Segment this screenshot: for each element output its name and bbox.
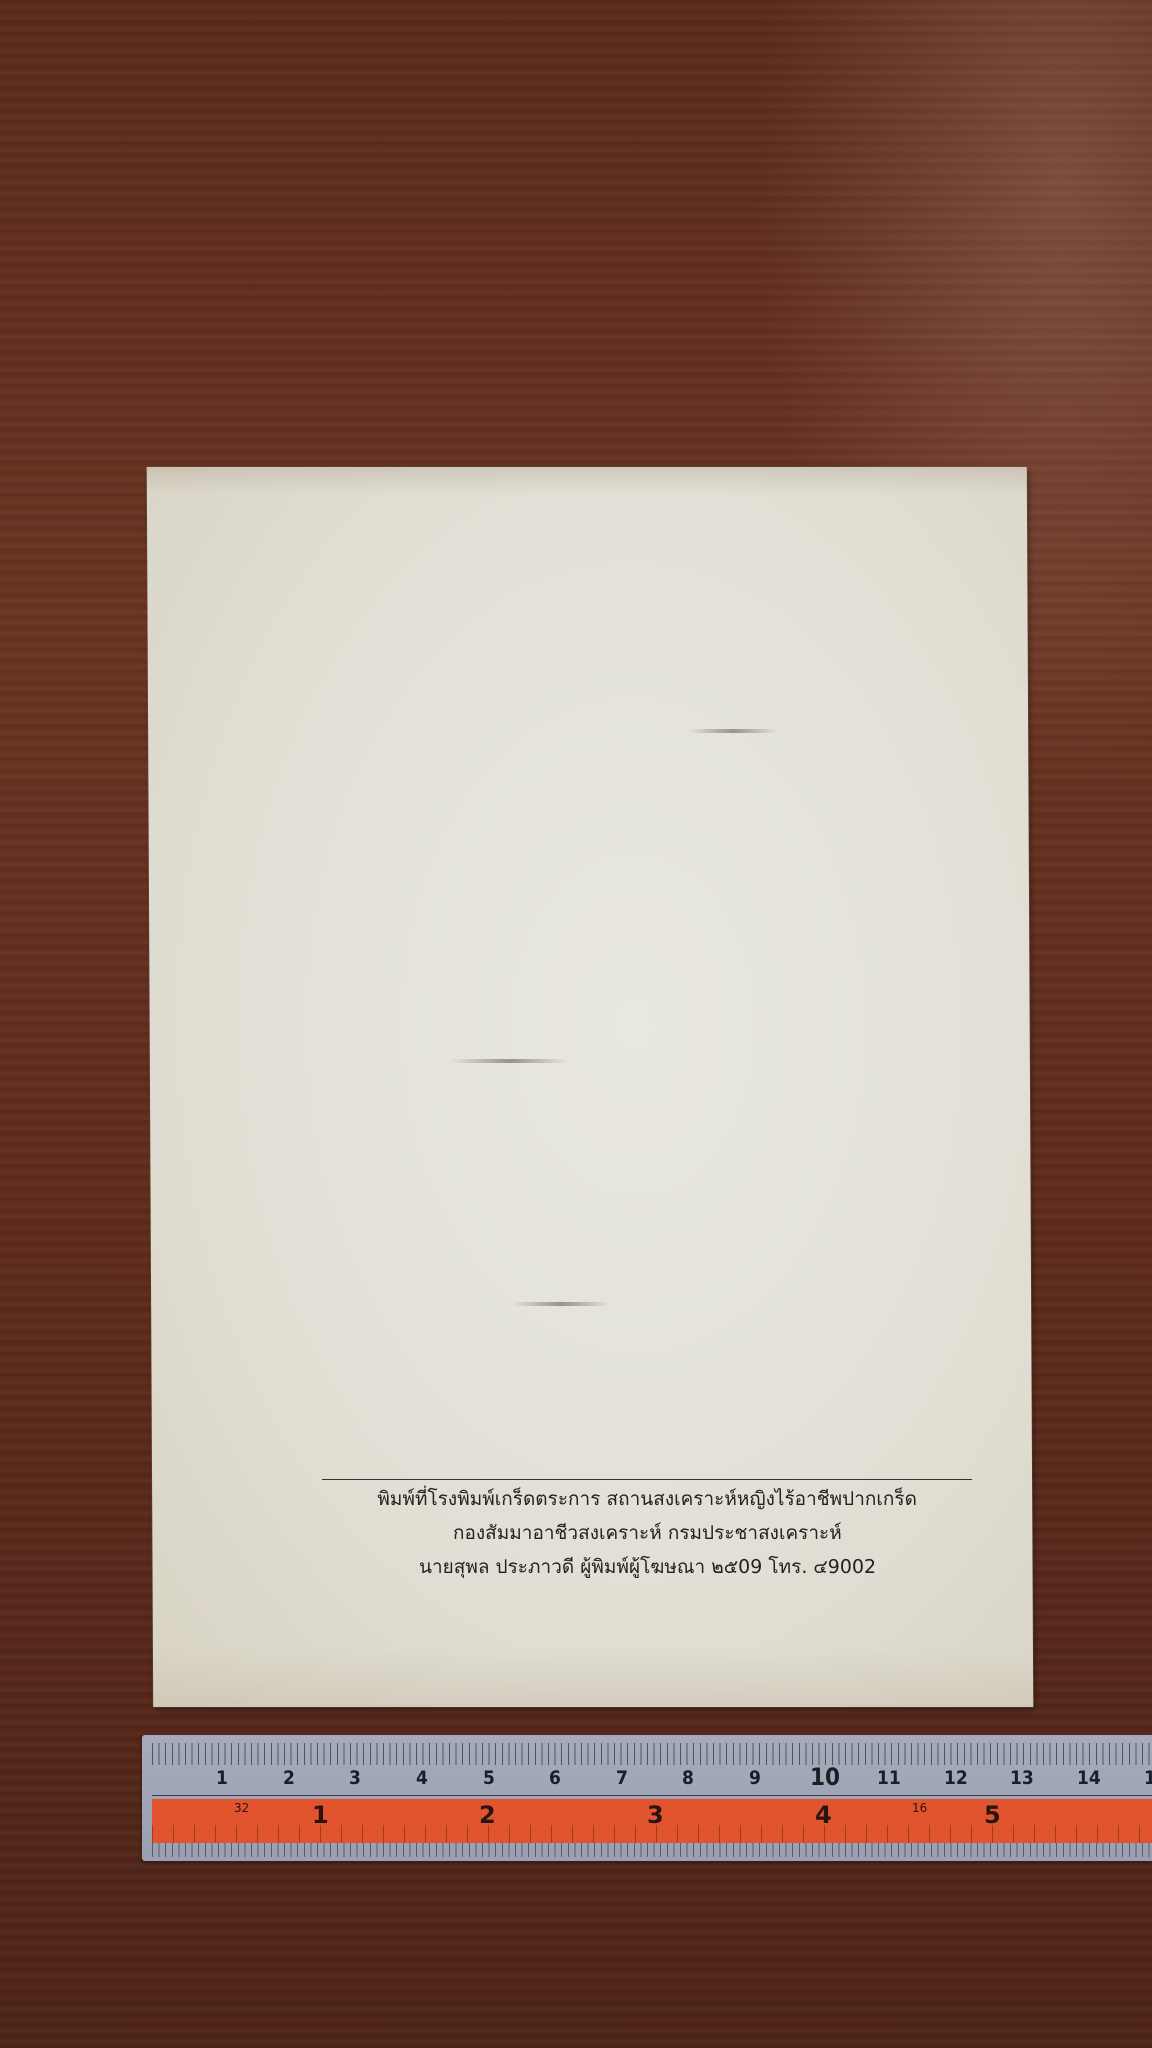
cm-label: 9 (749, 1767, 761, 1789)
inch-fraction-label: 32 (234, 1801, 249, 1815)
imprint-line-3: นายสุพล ประภาวดี ผู้พิมพ์ผู้โฆษณา ๒๕09 โ… (322, 1550, 972, 1584)
cm-label: 14 (1077, 1767, 1101, 1789)
cm-label: 12 (944, 1767, 968, 1789)
booklet-back-cover: พิมพ์ที่โรงพิมพ์เกร็ดตระการ สถานสงเคราะห… (147, 467, 1033, 1707)
printer-imprint: พิมพ์ที่โรงพิมพ์เกร็ดตระการ สถานสงเคราะห… (322, 1479, 973, 1584)
ruler-inch-scale: 32 1 2 3 4 16 5 (152, 1799, 1152, 1843)
cm-label: 8 (682, 1767, 694, 1789)
cm-label: 10 (810, 1763, 840, 1791)
imprint-line-2: กองสัมมาอาชีวสงเคราะห์ กรมประชาสงเคราะห์ (322, 1516, 972, 1550)
cm-label: 4 (416, 1767, 428, 1789)
cm-label: 11 (877, 1767, 901, 1789)
cm-label: 7 (616, 1767, 628, 1789)
paper-stain (450, 1059, 570, 1063)
paper-stain (511, 1302, 611, 1306)
cm-label: 13 (1010, 1767, 1034, 1789)
cm-label: 1 (216, 1767, 228, 1789)
cm-label: 6 (549, 1767, 561, 1789)
cm-label: 2 (283, 1767, 295, 1789)
ruler-inch-ticks (152, 1825, 1152, 1843)
ruler: 1 2 3 4 5 6 7 8 9 10 11 12 13 14 1 32 1 … (142, 1735, 1152, 1861)
cm-label: 5 (483, 1767, 495, 1789)
ruler-cm-scale: 1 2 3 4 5 6 7 8 9 10 11 12 13 14 1 (152, 1761, 1152, 1796)
paper-stain (688, 729, 778, 733)
inch-fraction-label: 16 (912, 1801, 927, 1815)
cm-label: 3 (349, 1767, 361, 1789)
cm-label: 1 (1144, 1767, 1152, 1789)
ruler-bottom-ticks (152, 1843, 1152, 1857)
imprint-divider (322, 1479, 972, 1480)
imprint-line-1: พิมพ์ที่โรงพิมพ์เกร็ดตระการ สถานสงเคราะห… (322, 1482, 972, 1516)
